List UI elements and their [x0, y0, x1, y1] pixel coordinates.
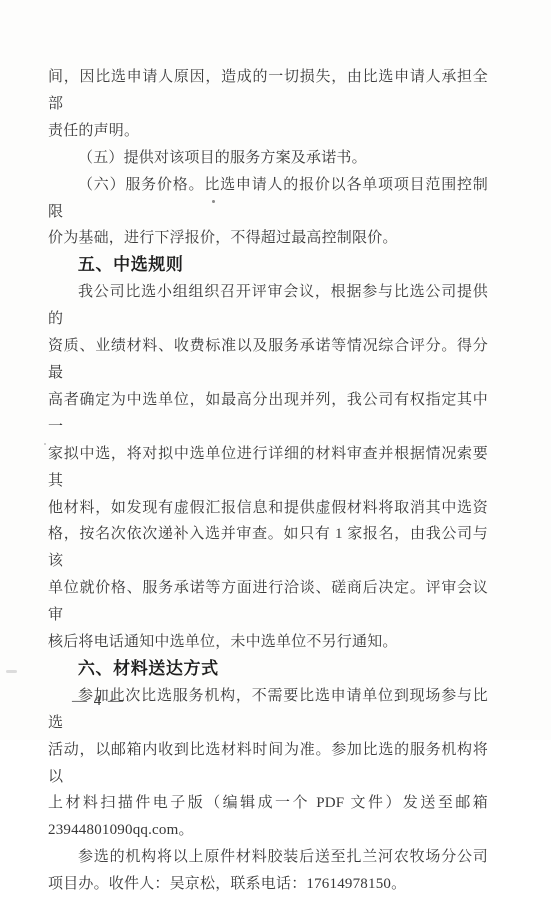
body-line: 我公司比选小组组织召开评审会议，根据参与比选公司提供的	[48, 279, 488, 333]
body-line: 高者确定为中选单位，如最高分出现并列，我公司有权指定其中一	[48, 387, 488, 441]
document-text-block: 间，因比选申请人原因，造成的一切损失，由比选申请人承担全部 责任的声明。 （五）…	[48, 64, 488, 740]
body-line: 单位就价格、服务承诺等方面进行洽谈、磋商后决定。评审会议审	[48, 575, 488, 629]
scan-speck	[212, 200, 215, 203]
body-line: 核后将电话通知中选单位，未中选单位不另行通知。	[48, 629, 488, 656]
body-line: 他材料，如发现有虚假汇报信息和提供虚假材料将取消其中选资	[48, 495, 488, 522]
document-page: 间，因比选申请人原因，造成的一切损失，由比选申请人承担全部 责任的声明。 （五）…	[0, 0, 551, 740]
body-line: 家拟中选，将对拟中选单位进行详细的材料审查并根据情况索要其	[48, 441, 488, 495]
page-number: — 4 —	[72, 693, 125, 710]
section-6-heading: 六、材料送达方式	[48, 656, 488, 683]
body-line: 格，按名次依次递补入选并审查。如只有 1 家报名，由我公司与该	[48, 521, 488, 575]
body-line: 间，因比选申请人原因，造成的一切损失，由比选申请人承担全部	[48, 64, 488, 118]
body-line: 资质、业绩材料、收费标准以及服务承诺等情况综合评分。得分最	[48, 333, 488, 387]
body-line-item-6: （六）服务价格。比选申请人的报价以各单项项目范围控制限	[48, 172, 488, 226]
body-line-item-5: （五）提供对该项目的服务方案及承诺书。	[48, 145, 488, 172]
body-line: 价为基础，进行下浮报价，不得超过最高控制限价。	[48, 225, 488, 252]
body-line: 活动，以邮箱内收到比选材料时间为准。参加比选的服务机构将以	[48, 737, 488, 740]
section-5-heading: 五、中选规则	[48, 252, 488, 279]
scan-speck	[44, 443, 46, 445]
scan-speck	[6, 670, 17, 673]
body-line: 责任的声明。	[48, 118, 488, 145]
